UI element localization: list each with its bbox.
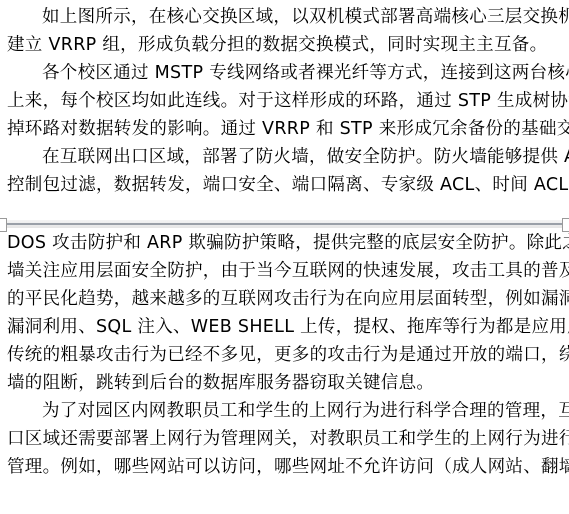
- text-line: 掉环路对数据转发的影响。通过 VRRP 和 STP 来形成冗余备份的基础交换网络…: [7, 115, 569, 143]
- text-line: 如上图所示，在核心交换区域，以双机模式部署高端核心三层交换机，两者: [42, 3, 569, 31]
- text-line: 的平民化趋势，越来越多的互联网攻击行为在向应用层面转型，例如漏洞扫描、: [7, 285, 569, 313]
- page-break-rule: [0, 223, 569, 225]
- text-line: 建立 VRRP 组，形成负载分担的数据交换模式，同时实现主主互备。: [7, 31, 569, 59]
- text-line: DOS 攻击防护和 ARP 欺骗防护策略，提供完整的底层安全防护。除此之外，防火: [7, 229, 569, 257]
- page-break-separator: [0, 220, 569, 228]
- text-line: 上来，每个校区均如此连线。对于这样形成的环路，通过 STP 生成树协议来规避: [7, 87, 569, 115]
- text-line: 管理。例如，哪些网站可以访问，哪些网址不允许访问（成人网站、翻墙网站等）；: [7, 453, 569, 481]
- text-line: 口区域还需要部署上网行为管理网关，对教职员工和学生的上网行为进行科学化: [7, 425, 569, 453]
- text-line: 墙的阻断，跳转到后台的数据库服务器窃取关键信息。: [7, 369, 569, 397]
- document-page: 如上图所示，在核心交换区域，以双机模式部署高端核心三层交换机，两者 建立 VRR…: [0, 0, 569, 514]
- text-line: 控制包过滤，数据转发，端口安全、端口隔离、专家级 ACL、时间 ACL 等；提供: [7, 171, 569, 199]
- text-line: 为了对园区内网教职员工和学生的上网行为进行科学合理的管理，互联网出: [42, 397, 569, 425]
- text-line: 墙关注应用层面安全防护，由于当今互联网的快速发展，攻击工具的普及和黑客: [7, 257, 569, 285]
- text-line: 各个校区通过 MSTP 专线网络或者裸光纤等方式，连接到这两台核心交换机: [42, 59, 569, 87]
- text-line: 漏洞利用、SQL 注入、WEB SHELL 上传，提权、拖库等行为都是应用层面攻…: [7, 313, 569, 341]
- text-line: 传统的粗暴攻击行为已经不多见，更多的攻击行为是通过开放的端口，绕过防火: [7, 341, 569, 369]
- page-corner-marker-left: [0, 218, 7, 232]
- text-line: 在互联网出口区域，部署了防火墙，做安全防护。防火墙能够提供 ACL 访问: [42, 143, 569, 171]
